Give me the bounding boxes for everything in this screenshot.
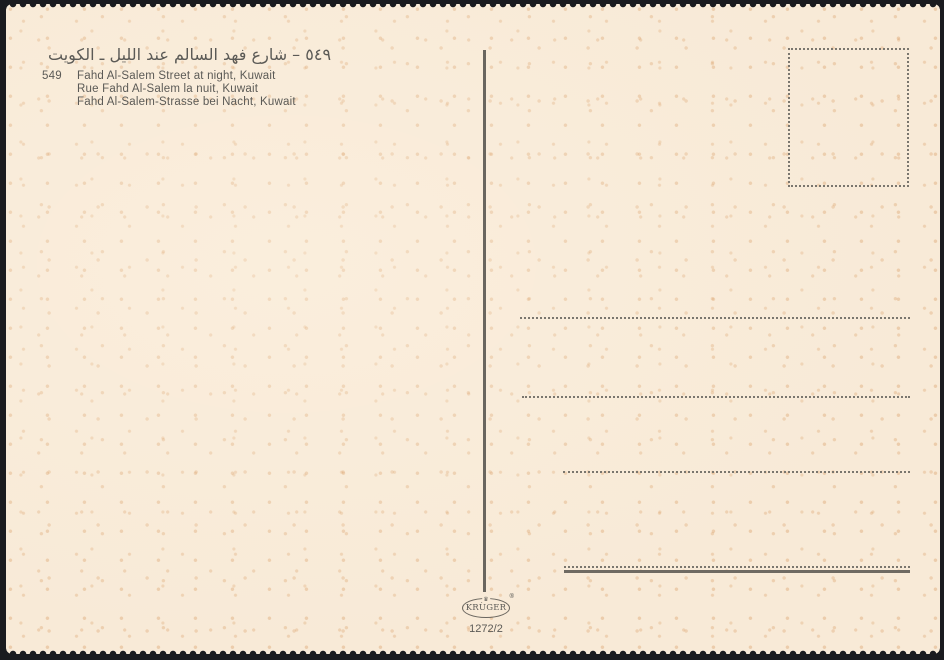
publisher-logo-text: KRÜGER xyxy=(466,603,507,613)
postcard-caption: ٥٤٩ – شارع فهد السالم عند الليل ـ الكويت… xyxy=(42,44,372,109)
caption-arabic: ٥٤٩ – شارع فهد السالم عند الليل ـ الكويت xyxy=(42,44,372,66)
caption-text-french: Rue Fahd Al-Salem la nuit, Kuwait xyxy=(77,83,258,96)
address-line-4 xyxy=(564,566,910,568)
caption-text-english: Fahd Al-Salem Street at night, Kuwait xyxy=(77,70,276,83)
stamp-placeholder-box xyxy=(788,48,909,187)
caption-text-german: Fahd Al-Salem-Strasse bei Nacht, Kuwait xyxy=(77,96,296,109)
publisher-logo: ♛ KRÜGER ® xyxy=(462,598,510,618)
registered-mark: ® xyxy=(509,593,515,600)
caption-line-french: Rue Fahd Al-Salem la nuit, Kuwait xyxy=(42,83,372,96)
center-divider xyxy=(483,50,486,592)
address-underline-solid xyxy=(564,570,910,573)
address-line-3 xyxy=(563,471,910,473)
caption-number: 549 xyxy=(42,70,77,83)
publisher-code: 1272/2 xyxy=(462,623,510,635)
caption-line-german: Fahd Al-Salem-Strasse bei Nacht, Kuwait xyxy=(42,96,372,109)
crown-icon: ♛ xyxy=(482,597,490,603)
postcard-back: ٥٤٩ – شارع فهد السالم عند الليل ـ الكويت… xyxy=(6,4,940,654)
address-line-2 xyxy=(522,396,910,398)
caption-translations: 549 Fahd Al-Salem Street at night, Kuwai… xyxy=(42,70,372,109)
address-line-1 xyxy=(520,317,910,319)
caption-line-english: 549 Fahd Al-Salem Street at night, Kuwai… xyxy=(42,70,372,83)
